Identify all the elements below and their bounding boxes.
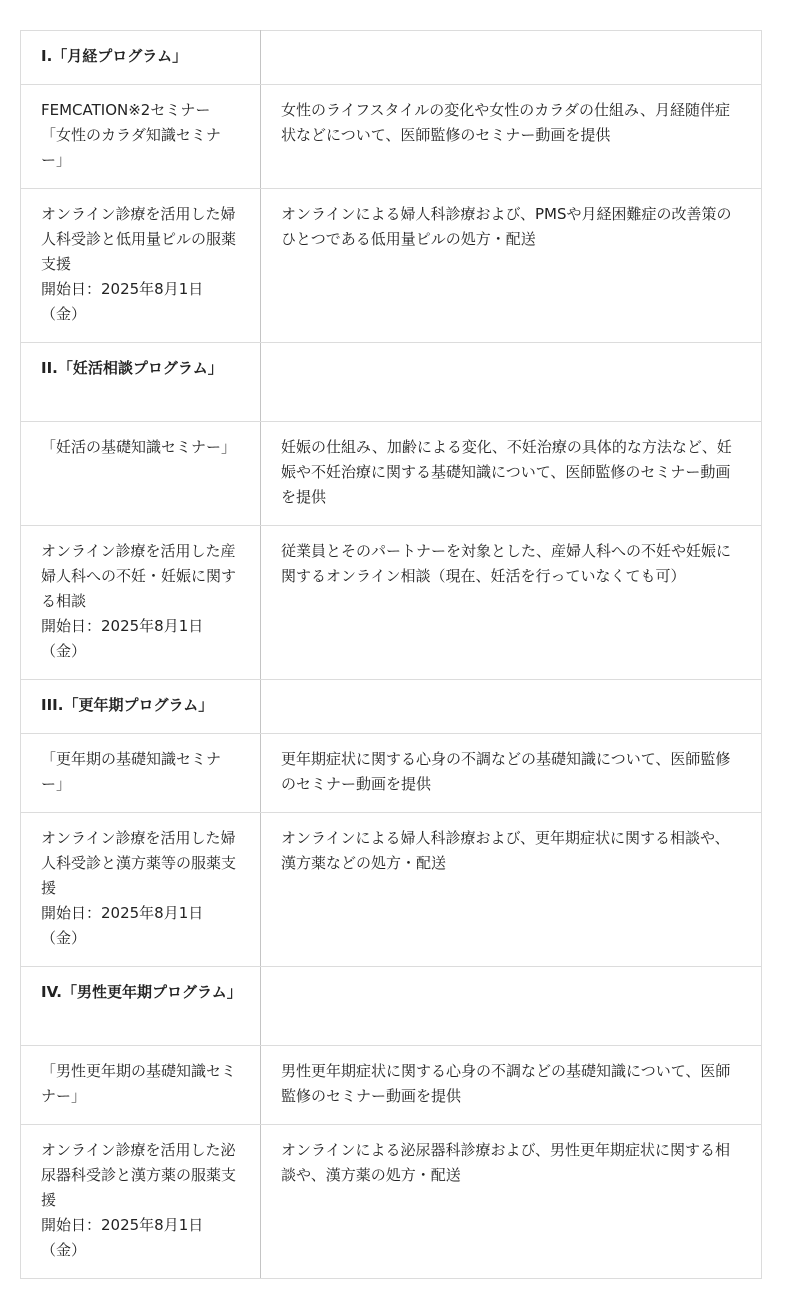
section-title: I.「月経プログラム」: [41, 44, 240, 69]
program-name-cell: 「更年期の基礎知識セミナー」: [21, 734, 261, 813]
program-description-cell: [261, 31, 762, 85]
program-description-cell: [261, 680, 762, 734]
start-date: 開始日：2025年8月1日（金）: [41, 901, 240, 951]
program-description-cell: オンラインによる婦人科診療および、PMSや月経困難症の改善策のひとつである低用量…: [261, 189, 762, 343]
program-item-row: オンライン診療を活用した婦人科受診と低用量ピルの服薬支援開始日：2025年8月1…: [21, 189, 762, 343]
program-header-row: III.「更年期プログラム」: [21, 680, 762, 734]
program-name-cell: 「妊活の基礎知識セミナー」: [21, 422, 261, 526]
program-description: オンラインによる婦人科診療および、更年期症状に関する相談や、漢方薬などの処方・配…: [281, 826, 741, 876]
program-item-row: オンライン診療を活用した泌尿器科受診と漢方薬の服薬支援開始日：2025年8月1日…: [21, 1125, 762, 1279]
program-description-cell: [261, 967, 762, 1046]
program-description: オンラインによる婦人科診療および、PMSや月経困難症の改善策のひとつである低用量…: [281, 202, 741, 252]
program-table-body: I.「月経プログラム」FEMCATION※2セミナー「女性のカラダ知識セミナー」…: [21, 31, 762, 1279]
program-description-cell: 妊娠の仕組み、加齢による変化、不妊治療の具体的な方法など、妊娠や不妊治療に関する…: [261, 422, 762, 526]
program-description-cell: [261, 343, 762, 422]
program-name-cell: オンライン診療を活用した婦人科受診と漢方薬等の服薬支援開始日：2025年8月1日…: [21, 813, 261, 967]
program-name-cell: III.「更年期プログラム」: [21, 680, 261, 734]
program-name: オンライン診療を活用した婦人科受診と漢方薬等の服薬支援: [41, 826, 240, 901]
section-title: IV.「男性更年期プログラム」: [41, 980, 240, 1005]
program-name: 「男性更年期の基礎知識セミナー」: [41, 1059, 240, 1109]
program-name-cell: II.「妊活相談プログラム」: [21, 343, 261, 422]
program-header-row: I.「月経プログラム」: [21, 31, 762, 85]
section-title: II.「妊活相談プログラム」: [41, 356, 240, 381]
start-date: 開始日：2025年8月1日（金）: [41, 614, 240, 664]
program-description-cell: 従業員とそのパートナーを対象とした、産婦人科への不妊や妊娠に関するオンライン相談…: [261, 526, 762, 680]
program-description-cell: オンラインによる婦人科診療および、更年期症状に関する相談や、漢方薬などの処方・配…: [261, 813, 762, 967]
program-description: 妊娠の仕組み、加齢による変化、不妊治療の具体的な方法など、妊娠や不妊治療に関する…: [281, 435, 741, 510]
program-description: 女性のライフスタイルの変化や女性のカラダの仕組み、月経随伴症状などについて、医師…: [281, 98, 741, 148]
program-description-cell: オンラインによる泌尿器科診療および、男性更年期症状に関する相談や、漢方薬の処方・…: [261, 1125, 762, 1279]
program-table: I.「月経プログラム」FEMCATION※2セミナー「女性のカラダ知識セミナー」…: [20, 30, 762, 1279]
program-name-cell: オンライン診療を活用した産婦人科への不妊・妊娠に関する相談開始日：2025年8月…: [21, 526, 261, 680]
section-title: III.「更年期プログラム」: [41, 693, 240, 718]
program-item-row: 「更年期の基礎知識セミナー」更年期症状に関する心身の不調などの基礎知識について、…: [21, 734, 762, 813]
program-description: 男性更年期症状に関する心身の不調などの基礎知識について、医師監修のセミナー動画を…: [281, 1059, 741, 1109]
program-name-cell: 「男性更年期の基礎知識セミナー」: [21, 1046, 261, 1125]
program-name: オンライン診療を活用した産婦人科への不妊・妊娠に関する相談: [41, 539, 240, 614]
start-date: 開始日：2025年8月1日（金）: [41, 1213, 240, 1263]
program-name: 「更年期の基礎知識セミナー」: [41, 747, 240, 797]
program-name-cell: IV.「男性更年期プログラム」: [21, 967, 261, 1046]
program-description-cell: 男性更年期症状に関する心身の不調などの基礎知識について、医師監修のセミナー動画を…: [261, 1046, 762, 1125]
program-item-row: 「妊活の基礎知識セミナー」妊娠の仕組み、加齢による変化、不妊治療の具体的な方法な…: [21, 422, 762, 526]
program-description-cell: 更年期症状に関する心身の不調などの基礎知識について、医師監修のセミナー動画を提供: [261, 734, 762, 813]
start-date: 開始日：2025年8月1日（金）: [41, 277, 240, 327]
program-name-cell: FEMCATION※2セミナー「女性のカラダ知識セミナー」: [21, 85, 261, 189]
program-name: オンライン診療を活用した婦人科受診と低用量ピルの服薬支援: [41, 202, 240, 277]
program-item-row: FEMCATION※2セミナー「女性のカラダ知識セミナー」女性のライフスタイルの…: [21, 85, 762, 189]
program-description: オンラインによる泌尿器科診療および、男性更年期症状に関する相談や、漢方薬の処方・…: [281, 1138, 741, 1188]
program-name: FEMCATION※2セミナー「女性のカラダ知識セミナー」: [41, 98, 240, 173]
program-name-cell: I.「月経プログラム」: [21, 31, 261, 85]
program-item-row: 「男性更年期の基礎知識セミナー」男性更年期症状に関する心身の不調などの基礎知識に…: [21, 1046, 762, 1125]
program-description-cell: 女性のライフスタイルの変化や女性のカラダの仕組み、月経随伴症状などについて、医師…: [261, 85, 762, 189]
program-header-row: IV.「男性更年期プログラム」: [21, 967, 762, 1046]
program-description: 更年期症状に関する心身の不調などの基礎知識について、医師監修のセミナー動画を提供: [281, 747, 741, 797]
program-name-cell: オンライン診療を活用した婦人科受診と低用量ピルの服薬支援開始日：2025年8月1…: [21, 189, 261, 343]
program-name: 「妊活の基礎知識セミナー」: [41, 435, 240, 460]
program-item-row: オンライン診療を活用した婦人科受診と漢方薬等の服薬支援開始日：2025年8月1日…: [21, 813, 762, 967]
program-item-row: オンライン診療を活用した産婦人科への不妊・妊娠に関する相談開始日：2025年8月…: [21, 526, 762, 680]
program-name: オンライン診療を活用した泌尿器科受診と漢方薬の服薬支援: [41, 1138, 240, 1213]
program-description: 従業員とそのパートナーを対象とした、産婦人科への不妊や妊娠に関するオンライン相談…: [281, 539, 741, 589]
program-header-row: II.「妊活相談プログラム」: [21, 343, 762, 422]
program-name-cell: オンライン診療を活用した泌尿器科受診と漢方薬の服薬支援開始日：2025年8月1日…: [21, 1125, 261, 1279]
